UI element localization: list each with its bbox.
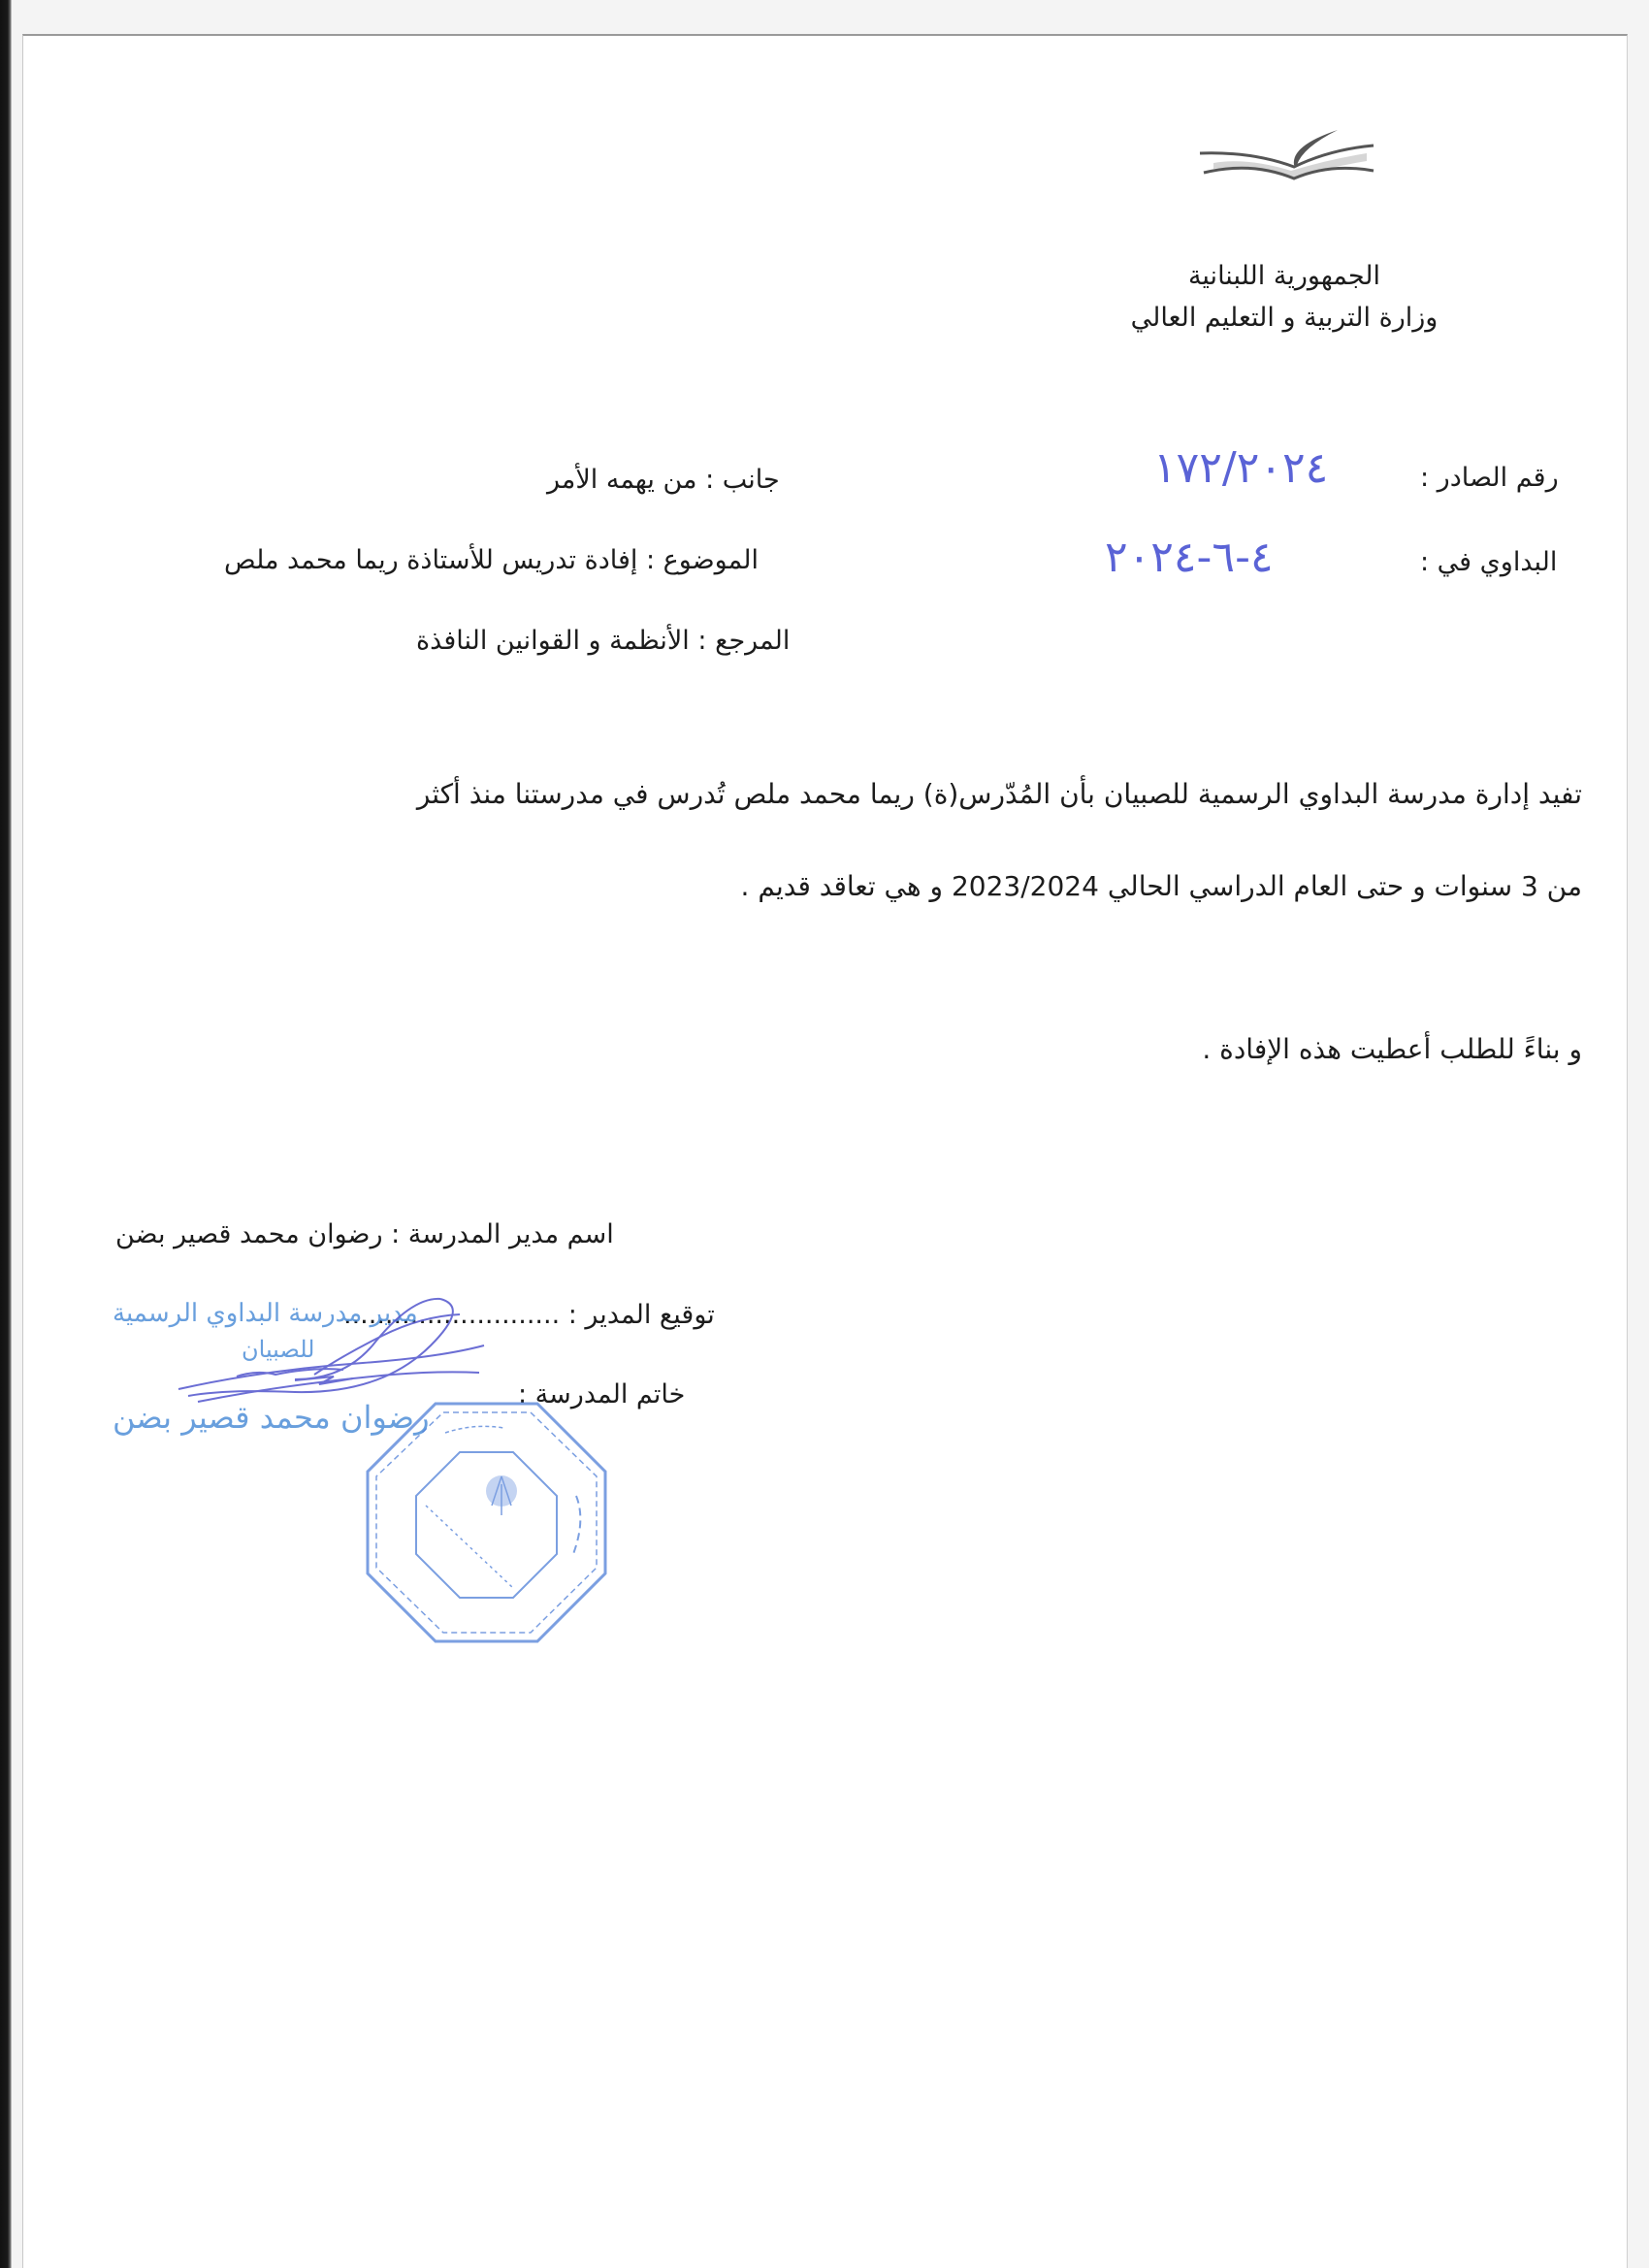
date-handwritten: ٤-٦-٢٠٢٤	[1105, 533, 1274, 582]
signature-scribble-icon	[149, 1287, 499, 1413]
principal-name: اسم مدير المدرسة : رضوان محمد قصير بضن	[115, 1219, 614, 1249]
date-label: البداوي في :	[1420, 547, 1557, 577]
reference-line: المرجع : الأنظمة و القوانين النافذة	[416, 626, 790, 656]
scan-edge	[0, 0, 12, 2268]
letterhead-line-2: وزارة التربية و التعليم العالي	[1090, 303, 1478, 333]
letterhead-line-1: الجمهورية اللبنانية	[1158, 261, 1410, 291]
body-line-2: من 3 سنوات و حتى العام الدراسي الحالي 20…	[625, 870, 1582, 902]
closing-line: و بناءً للطلب أعطيت هذه الإفادة .	[1090, 1033, 1582, 1065]
open-book-logo-icon	[1194, 128, 1378, 186]
ref-number-handwritten: ١٧٢/٢٠٢٤	[1153, 443, 1328, 493]
addressee: جانب : من يهمه الأمر	[547, 465, 780, 495]
body-line-1: تفيد إدارة مدرسة البداوي الرسمية للصبيان…	[277, 778, 1582, 810]
subject-line: الموضوع : إفادة تدريس للأستاذة ريما محمد…	[224, 545, 759, 575]
document-page: الجمهورية اللبنانية وزارة التربية و التع…	[22, 34, 1628, 2268]
school-seal-stamp-icon	[358, 1399, 615, 1646]
ref-number-label: رقم الصادر :	[1420, 463, 1559, 493]
